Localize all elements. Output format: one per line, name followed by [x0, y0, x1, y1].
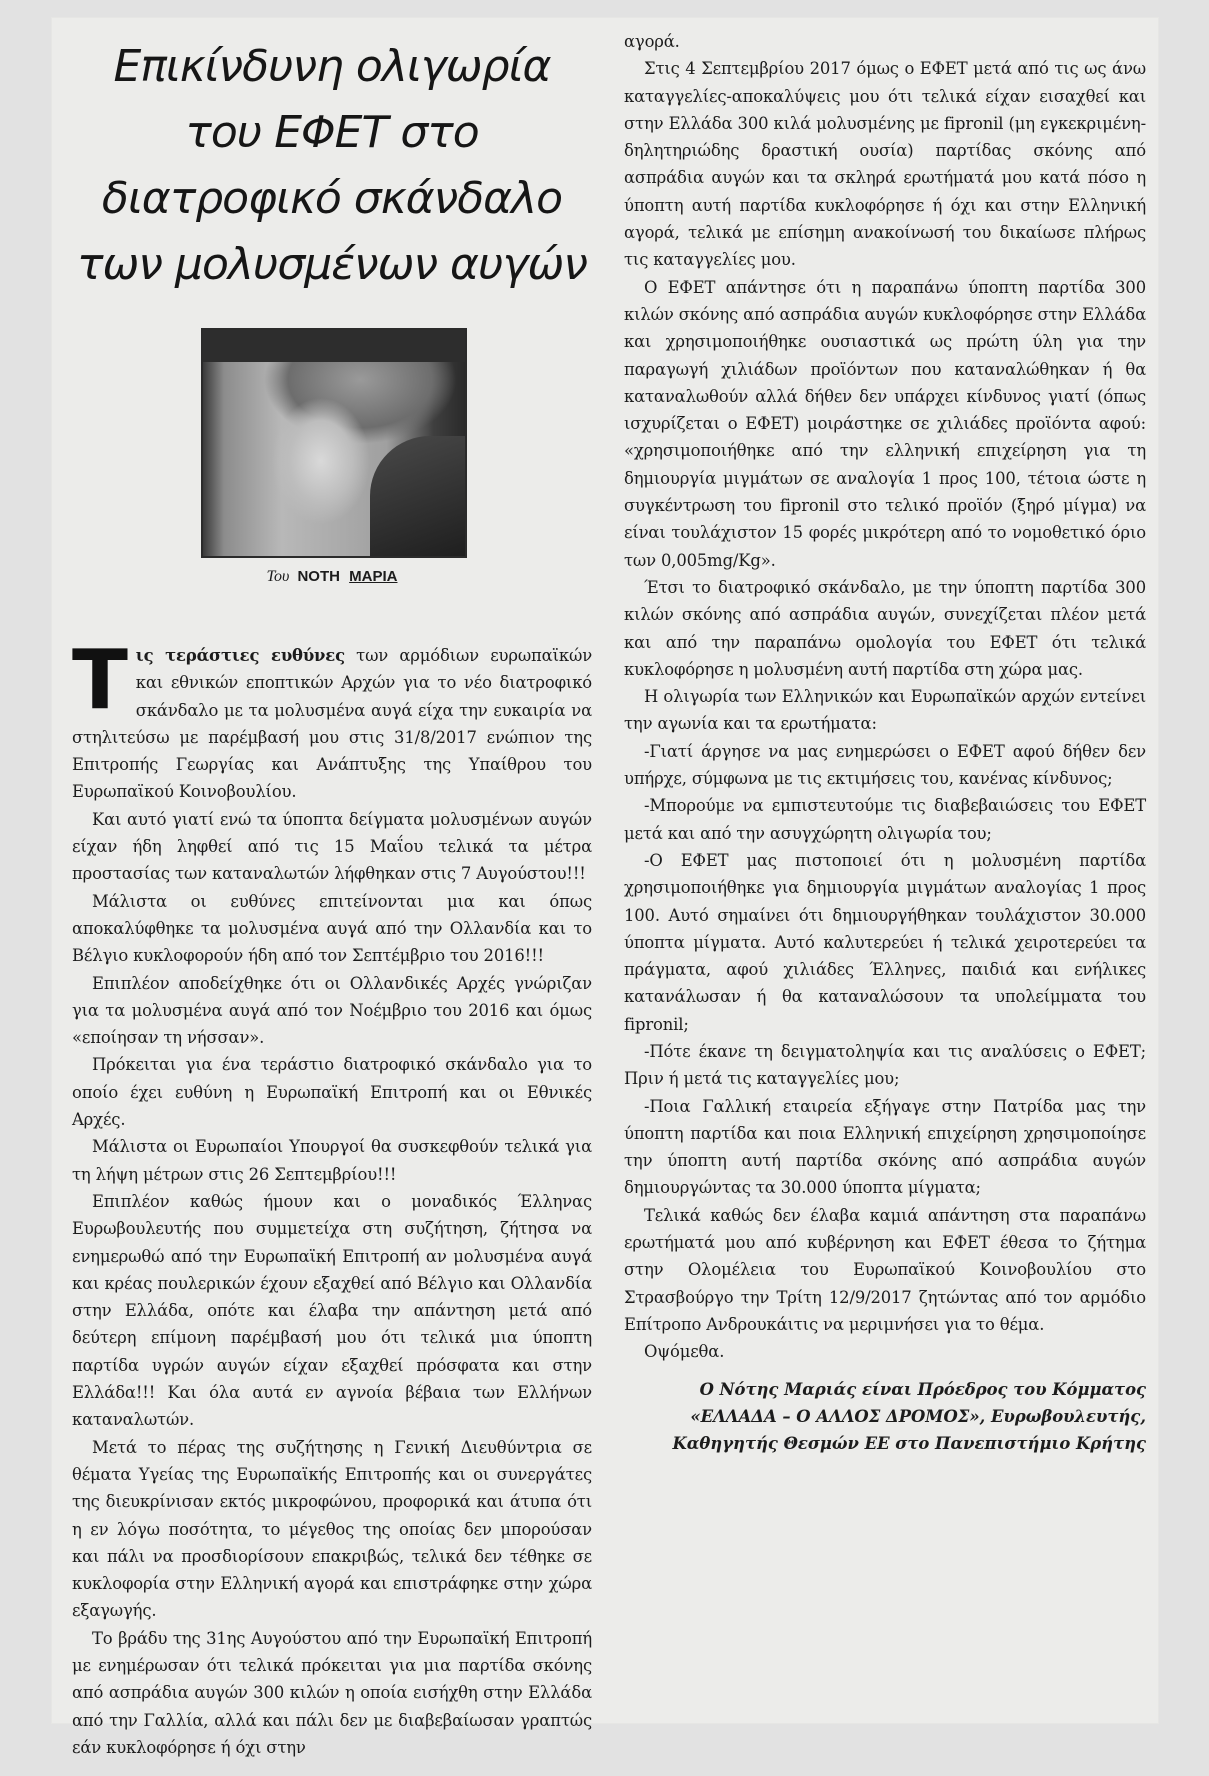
byline-last-name: ΜΑΡΙΑ	[349, 568, 397, 585]
closing-word: Οψόμεθα.	[624, 1338, 1146, 1365]
question-item: -Γιατί άργησε να μας ενημερώσει ο ΕΦΕΤ α…	[624, 738, 1146, 793]
paragraph: Μάλιστα οι Ευρωπαίοι Υπουργοί θα συσκεφθ…	[72, 1133, 592, 1188]
paragraph: Και αυτό γιατί ενώ τα ύποπτα δείγματα μο…	[72, 806, 592, 888]
paragraph-text: των αρμόδιων ευρωπαϊκών και εθνικών εποπ…	[72, 646, 592, 801]
paragraph: Τις τεράστιες ευθύνες των αρμόδιων ευρωπ…	[72, 642, 592, 806]
paragraph: Το βράδυ της 31ης Αυγούστου από την Ευρω…	[72, 1625, 592, 1761]
paragraph: Επιπλέον καθώς ήμουν και ο μοναδικός Έλλ…	[72, 1188, 592, 1434]
paragraph: Μετά το πέρας της συζήτησης η Γενική Διε…	[72, 1434, 592, 1625]
headline-line: του ΕΦΕΤ στο	[72, 100, 592, 166]
article-body-right: αγορά. Στις 4 Σεπτεμβρίου 2017 όμως ο ΕΦ…	[624, 28, 1146, 1366]
headline-line: διατροφικό σκάνδαλο	[72, 166, 592, 232]
signature-line: Ο Νότης Μαριάς είναι Πρόεδρος του Κόμματ…	[624, 1376, 1146, 1403]
author-photo	[201, 328, 467, 558]
paragraph: Τελικά καθώς δεν έλαβα καμιά απάντηση στ…	[624, 1202, 1146, 1338]
paragraph: Στις 4 Σεπτεμβρίου 2017 όμως ο ΕΦΕΤ μετά…	[624, 55, 1146, 273]
headline-line: Επικίνδυνη ολιγωρία	[72, 34, 592, 100]
paragraph: Μάλιστα οι ευθύνες επιτείνονται μια και …	[72, 888, 592, 970]
paragraph: Η ολιγωρία των Ελληνικών και Ευρωπαϊκών …	[624, 683, 1146, 738]
drop-cap: Τ	[72, 646, 128, 722]
question-item: -Πότε έκανε τη δειγματοληψία και τις ανα…	[624, 1038, 1146, 1093]
paragraph: Πρόκειται για ένα τεράστιο διατροφικό σκ…	[72, 1051, 592, 1133]
headline: Επικίνδυνη ολιγωρία του ΕΦΕΤ στο διατροφ…	[72, 34, 592, 298]
lead-in: ις τεράστιες ευθύνες	[136, 646, 345, 665]
author-photo-block: Του ΝΟΤΗ ΜΑΡΙΑ	[201, 328, 463, 586]
paragraph: αγορά.	[624, 28, 1146, 55]
paragraph: Επιπλέον αποδείχθηκε ότι οι Ολλανδικές Α…	[72, 970, 592, 1052]
author-signature: Ο Νότης Μαριάς είναι Πρόεδρος του Κόμματ…	[624, 1376, 1146, 1457]
headline-line: των μολυσμένων αυγών	[72, 232, 592, 298]
question-item: -Ο ΕΦΕΤ μας πιστοποιεί ότι η μολυσμένη π…	[624, 847, 1146, 1038]
byline: Του ΝΟΤΗ ΜΑΡΙΑ	[201, 568, 463, 586]
byline-first-name: ΝΟΤΗ	[297, 568, 340, 585]
right-column: αγορά. Στις 4 Σεπτεμβρίου 2017 όμως ο ΕΦ…	[624, 28, 1146, 1457]
question-item: -Μπορούμε να εμπιστευτούμε τις διαβεβαιώ…	[624, 792, 1146, 847]
article-body-left: Τις τεράστιες ευθύνες των αρμόδιων ευρωπ…	[72, 642, 592, 1761]
paragraph: Έτσι το διατροφικό σκάνδαλο, με την ύποπ…	[624, 574, 1146, 683]
byline-prefix: Του	[267, 568, 290, 585]
left-column: Επικίνδυνη ολιγωρία του ΕΦΕΤ στο διατροφ…	[72, 22, 592, 1761]
signature-line: «ΕΛΛΑΔΑ – Ο ΑΛΛΟΣ ΔΡΟΜΟΣ», Ευρωβουλευτής…	[624, 1403, 1146, 1430]
paragraph: Ο ΕΦΕΤ απάντησε ότι η παραπάνω ύποπτη πα…	[624, 274, 1146, 574]
question-item: -Ποια Γαλλική εταιρεία εξήγαγε στην Πατρ…	[624, 1093, 1146, 1202]
signature-line: Καθηγητής Θεσμών ΕΕ στο Πανεπιστήμιο Κρή…	[624, 1430, 1146, 1457]
